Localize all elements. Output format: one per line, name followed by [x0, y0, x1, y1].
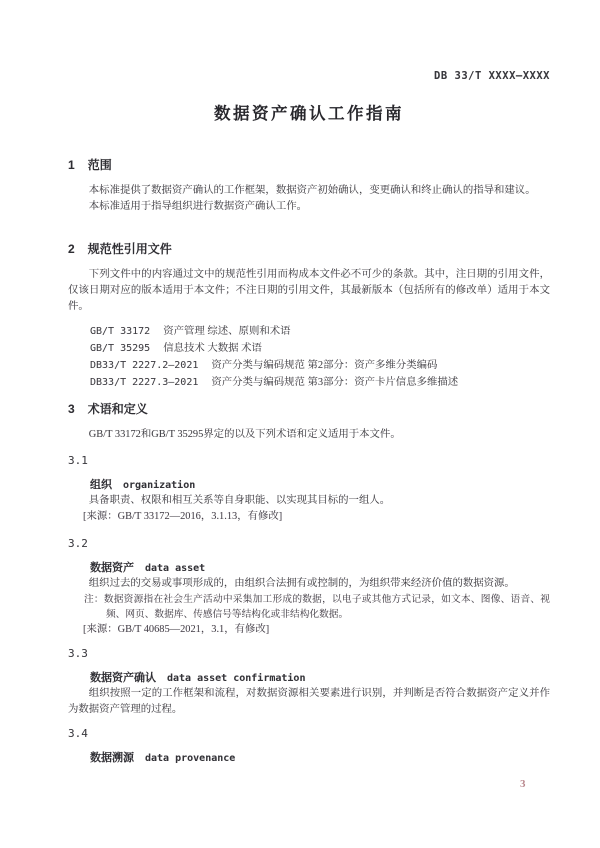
term-name-line: 数据溯源data provenance [90, 749, 550, 766]
reference-code: GB/T 35295 [90, 343, 150, 354]
term-id: 3.2 [68, 537, 550, 551]
term-id: 3.4 [68, 727, 550, 741]
reference-item: DB33/T 2227.2—2021资产分类与编码规范 第2部分：资产多维分类编… [90, 357, 550, 374]
term-id: 3.3 [68, 647, 550, 661]
term-name-en: data asset [145, 563, 205, 574]
term-name-en: data asset confirmation [167, 673, 305, 684]
document-title: 数据资产确认工作指南 [68, 104, 550, 125]
term-name-zh: 组织 [90, 479, 112, 491]
section-heading-scope: 1范围 [68, 157, 550, 173]
normative-references-intro: 下列文件中的内容通过文中的规范性引用而构成本文件必不可少的条款。其中，注日期的引… [68, 267, 550, 315]
term-block-data-asset: 3.2 数据资产data asset 组织过去的交易或事项形成的，由组织合法拥有… [68, 537, 550, 638]
reference-item: DB33/T 2227.3—2021资产分类与编码规范 第3部分：资产卡片信息多… [90, 374, 550, 391]
reference-title: 资产分类与编码规范 第2部分：资产多维分类编码 [211, 360, 437, 371]
section-number: 3 [68, 402, 75, 416]
term-name-line: 数据资产确认data asset confirmation [90, 669, 550, 686]
reference-code: DB33/T 2227.2—2021 [90, 360, 198, 371]
term-name-en: data provenance [145, 753, 235, 764]
term-name-zh: 数据资产确认 [90, 672, 156, 684]
scope-paragraph: 本标准适用于指导组织进行数据资产确认工作。 [68, 199, 550, 215]
term-note: 注：数据资源指在社会生产活动中采集加工形成的数据，以电子或其他方式记录，如文本、… [84, 592, 550, 622]
term-name-line: 数据资产data asset [90, 559, 550, 576]
standard-document-page: DB 33/T XXXX—XXXX 数据资产确认工作指南 1范围 本标准提供了数… [0, 0, 600, 848]
term-definition: 具备职责、权限和相互关系等自身职能、以实现其目标的一组人。 [68, 493, 550, 509]
section-title: 规范性引用文件 [88, 242, 172, 256]
reference-title: 信息技术 大数据 术语 [163, 343, 262, 354]
page-number: 3 [520, 778, 526, 790]
reference-item: GB/T 33172资产管理 综述、原则和术语 [90, 323, 550, 340]
term-source: [来源：GB/T 40685—2021，3.1，有修改] [83, 622, 550, 638]
section-title: 术语和定义 [88, 402, 148, 416]
reference-title: 资产分类与编码规范 第3部分：资产卡片信息多维描述 [211, 377, 458, 388]
scope-paragraph: 本标准提供了数据资产确认的工作框架，数据资产初始确认，变更确认和终止确认的指导和… [68, 183, 550, 199]
term-block-data-asset-confirmation: 3.3 数据资产确认data asset confirmation 组织按照一定… [68, 647, 550, 718]
reference-code: DB33/T 2227.3—2021 [90, 377, 198, 388]
term-source: [来源：GB/T 33172—2016，3.1.13，有修改] [83, 509, 550, 525]
section-heading-normative-references: 2规范性引用文件 [68, 241, 550, 257]
term-block-data-provenance: 3.4 数据溯源data provenance [68, 727, 550, 766]
section-number: 1 [68, 158, 75, 172]
term-block-organization: 3.1 组织organization 具备职责、权限和相互关系等自身职能、以实现… [68, 454, 550, 525]
term-definition: 组织过去的交易或事项形成的，由组织合法拥有或控制的，为组织带来经济价值的数据资源… [68, 576, 550, 592]
reference-code: GB/T 33172 [90, 326, 150, 337]
term-definition: 组织按照一定的工作框架和流程，对数据资源相关要素进行识别，并判断是否符合数据资产… [68, 686, 550, 718]
term-name-zh: 数据资产 [90, 562, 134, 574]
term-name-line: 组织organization [90, 476, 550, 493]
term-id: 3.1 [68, 454, 550, 468]
section-title: 范围 [88, 158, 112, 172]
reference-item: GB/T 35295信息技术 大数据 术语 [90, 340, 550, 357]
term-name-zh: 数据溯源 [90, 752, 134, 764]
terms-intro: GB/T 33172和GB/T 35295界定的以及下列术语和定义适用于本文件。 [68, 427, 550, 443]
section-number: 2 [68, 242, 75, 256]
reference-title: 资产管理 综述、原则和术语 [163, 326, 290, 337]
term-name-en: organization [123, 480, 195, 491]
doc-code: DB 33/T XXXX—XXXX [68, 70, 550, 82]
reference-list: GB/T 33172资产管理 综述、原则和术语 GB/T 35295信息技术 大… [68, 323, 550, 391]
section-heading-terms: 3术语和定义 [68, 401, 550, 417]
